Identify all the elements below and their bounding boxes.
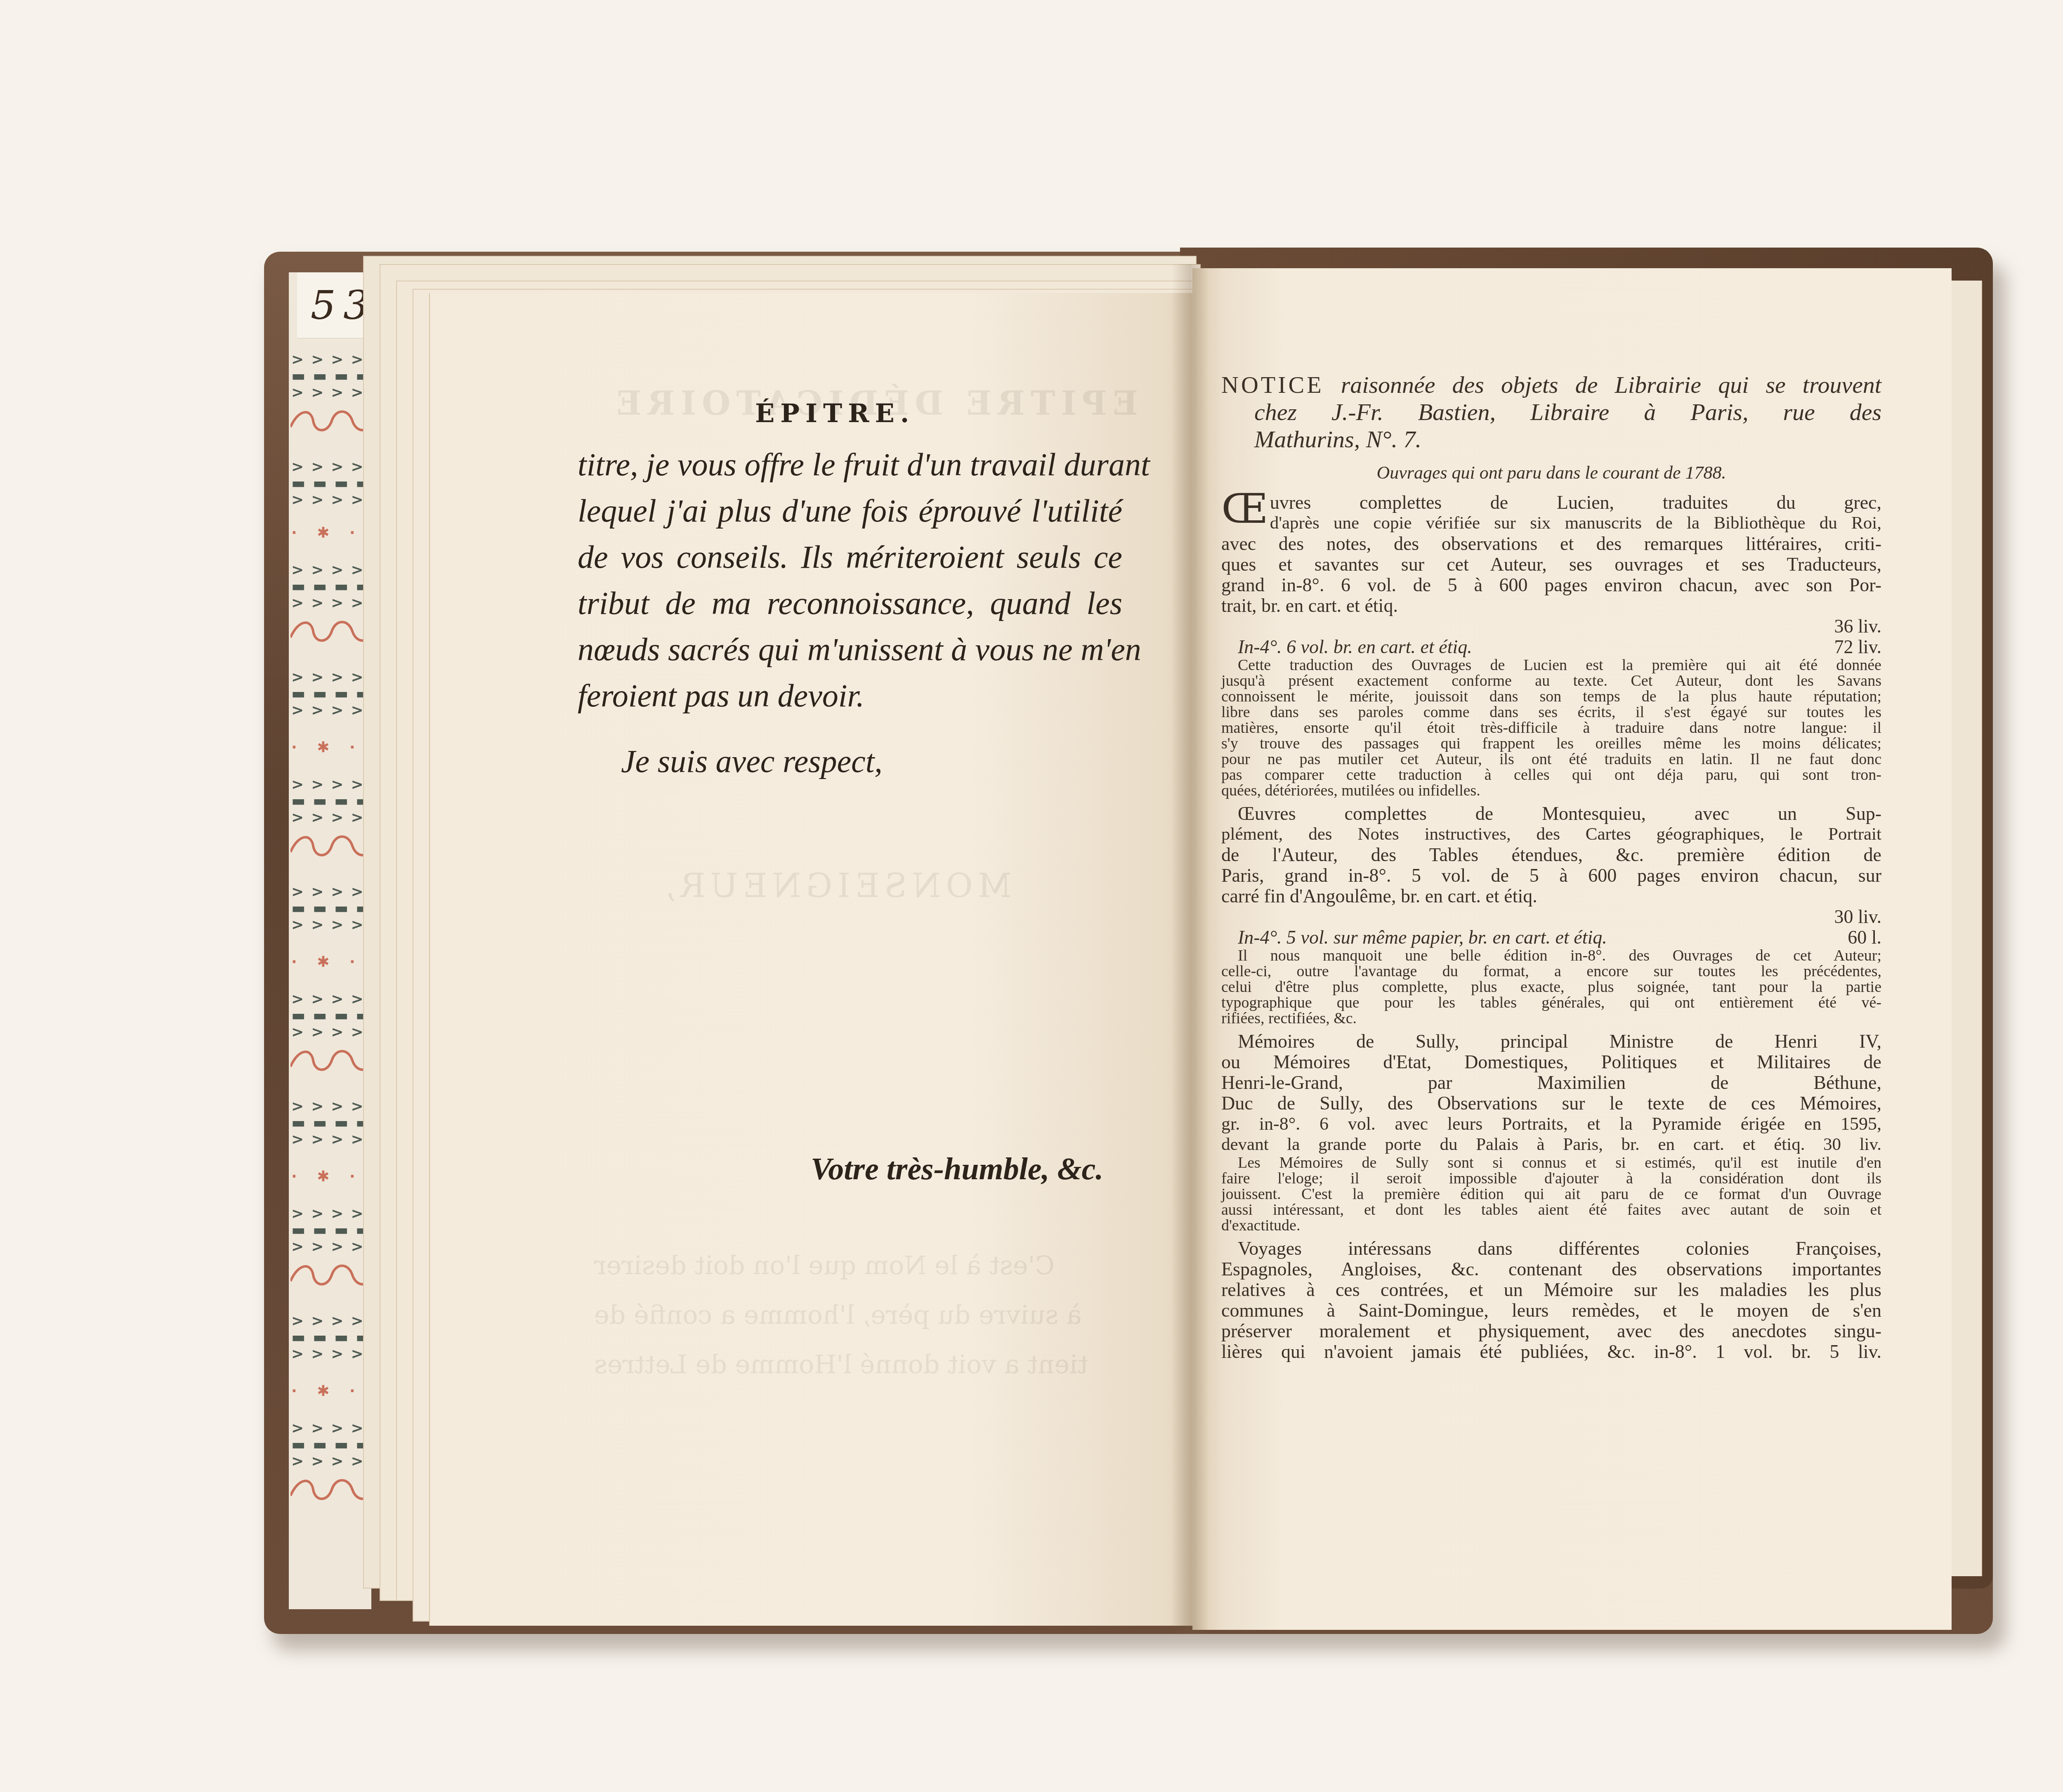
entry-note: Il nous manquoit une belle édition in-8°… <box>1221 948 1881 1026</box>
entry-line: Mémoires de Sully, principal Ministre de… <box>1221 1031 1881 1052</box>
closing-salutation: Je suis avec respect, <box>621 743 883 780</box>
left-page-heading: ÉPITRE. <box>755 398 915 428</box>
entry-line: Henri-le-Grand, par Maximilien de Béthun… <box>1221 1072 1881 1093</box>
entry-line: lières qui n'avoient jamais été publiées… <box>1221 1341 1881 1362</box>
note-line: matières, ensorte qu'il étoit très-diffi… <box>1221 720 1881 736</box>
body-line: nœuds sacrés qui m'unissent à vous ne m'… <box>578 626 1122 673</box>
note-line: Cette traduction des Ouvrages de Lucien … <box>1221 657 1881 673</box>
entry-line: Paris, grand in-8°. 5 vol. de 5 à 600 pa… <box>1221 865 1881 886</box>
note-line: pas comparer cette traduction à celles q… <box>1221 767 1881 783</box>
price-row: In-4°. 5 vol. sur même papier, br. en ca… <box>1221 927 1881 948</box>
notice-line: Mathurins, N°. 7. <box>1221 426 1881 453</box>
right-page-stack-edge <box>1947 281 1982 1576</box>
price-value: 72 liv. <box>1834 637 1881 657</box>
body-line: titre, je vous offre le fruit d'un trava… <box>578 442 1122 488</box>
body-line: feroient pas un devoir. <box>578 673 1122 719</box>
entry-note: Cette traduction des Ouvrages de Lucien … <box>1221 657 1881 798</box>
catalog-entry-montesquieu: Œuvres complettes de Montesquieu, avec u… <box>1221 803 1881 1026</box>
entry-line: gr. in-8°. 6 vol. avec leurs Portraits, … <box>1221 1114 1881 1134</box>
entry-note: Les Mémoires de Sully sont si connus et … <box>1221 1155 1881 1233</box>
catalog-entry-lucien: Œ uvres complettes de Lucien, traduites … <box>1221 492 1881 798</box>
note-line: rifiées, rectifiées, &c. <box>1221 1011 1881 1026</box>
note-line: connoissent le mérite, jouissoit dans so… <box>1221 689 1881 704</box>
bleed-through-text: MONSEIGNEUR, <box>660 866 1012 905</box>
drop-capital: Œ <box>1221 492 1268 525</box>
note-line: jusqu'à présent exactement conforme au t… <box>1221 673 1881 689</box>
entry-line: uvres complettes de Lucien, traduites du… <box>1221 492 1881 513</box>
entry-line: ques et savantes sur cet Auteur, ses ouv… <box>1221 554 1881 575</box>
note-line: faire l'eloge; il seroit impossible d'aj… <box>1221 1171 1881 1186</box>
entry-line: plément, des Notes instructives, des Car… <box>1221 824 1881 845</box>
price-label <box>1221 616 1238 637</box>
price-value: 30 liv. <box>1834 907 1881 927</box>
notice-header: NOTICE raisonnée des objets de Librairie… <box>1221 371 1881 453</box>
entry-line: Voyages intéressans dans différentes col… <box>1221 1238 1881 1259</box>
entry-line: d'après une copie vérifiée sur six manus… <box>1221 513 1881 534</box>
notice-line: chez J.-Fr. Bastien, Libraire à Paris, r… <box>1221 399 1881 426</box>
notice-line: raisonnée des objets de Librairie qui se… <box>1324 371 1881 398</box>
entry-line: Œuvres complettes de Montesquieu, avec u… <box>1221 803 1881 824</box>
catalog-entry-sully: Mémoires de Sully, principal Ministre de… <box>1221 1031 1881 1233</box>
entry-line: grand in-8°. 6 vol. de 5 à 600 pages env… <box>1221 575 1881 595</box>
note-line: jouissent. C'est la première édition qui… <box>1221 1186 1881 1202</box>
body-line: de vos conseils. Ils mériteroient seuls … <box>578 534 1122 580</box>
gutter <box>1172 264 1209 1634</box>
note-line: pour ne pas mutiler cet Auteur, ils ont … <box>1221 751 1881 767</box>
note-line: s'y trouve des passages qui frappent les… <box>1221 736 1881 751</box>
entry-line: carré fin d'Angoulême, br. en cart. et é… <box>1221 886 1881 907</box>
price-label <box>1221 907 1238 927</box>
price-value: 36 liv. <box>1834 616 1881 637</box>
right-page-content: NOTICE raisonnée des objets de Librairie… <box>1221 371 1881 1362</box>
entry-line: ou Mémoires d'Etat, Domestiques, Politiq… <box>1221 1052 1881 1072</box>
price-label: In-4°. 5 vol. sur même papier, br. en ca… <box>1221 927 1607 948</box>
note-line: quées, détériorées, mutilées ou infidell… <box>1221 783 1881 798</box>
entry-line: trait, br. en cart. et étiq. <box>1221 595 1881 616</box>
body-line: tribut de ma reconnoissance, quand les <box>578 580 1122 626</box>
entry-line: de l'Auteur, des Tables étendues, &c. pr… <box>1221 845 1881 865</box>
bleed-through-text: à suivre du père, l'homme a confié de <box>594 1300 1082 1330</box>
signature: Votre très-humble, &c. <box>811 1151 1103 1187</box>
note-line: celle-ci, outre l'avantage du format, a … <box>1221 963 1881 979</box>
entry-line: relatives à ces contrées, et un Mémoire … <box>1221 1280 1881 1300</box>
note-line: typographique que pour les tables généra… <box>1221 995 1881 1011</box>
note-line: d'exactitude. <box>1221 1218 1881 1233</box>
note-line: Il nous manquoit une belle édition in-8°… <box>1221 948 1881 963</box>
section-subheading: Ouvrages qui ont paru dans le courant de… <box>1221 462 1881 483</box>
bleed-through-text: C'est à le Nom que l'on doit desirer <box>594 1250 1055 1280</box>
entry-line: devant la grande porte du Palais à Paris… <box>1221 1134 1881 1155</box>
price-value: 60 l. <box>1848 927 1881 948</box>
left-page-body: titre, je vous offre le fruit d'un trava… <box>578 442 1122 719</box>
entry-line: Espagnoles, Angloises, &c. contenant des… <box>1221 1259 1881 1280</box>
bleed-through-text: tient a voit donné l'Homme de Lettres <box>594 1349 1088 1379</box>
price-row: 36 liv. <box>1221 616 1881 637</box>
price-row: In-4°. 6 vol. br. en cart. et étiq.72 li… <box>1221 637 1881 657</box>
entry-line: Duc de Sully, des Observations sur le te… <box>1221 1093 1881 1114</box>
catalog-entry-voyages: Voyages intéressans dans différentes col… <box>1221 1238 1881 1362</box>
note-line: Les Mémoires de Sully sont si connus et … <box>1221 1155 1881 1171</box>
decorated-pastedown: >>>> ▬▬▬▬ >>>> >>>> ▬▬▬▬ >>>> · ✱ · >>>>… <box>289 272 371 1609</box>
entry-line: avec des notes, des observations et des … <box>1221 534 1881 554</box>
body-line: lequel j'ai plus d'une fois éprouvé l'ut… <box>578 488 1122 534</box>
note-line: libre dans ses paroles comme dans ses éc… <box>1221 704 1881 720</box>
price-label: In-4°. 6 vol. br. en cart. et étiq. <box>1221 637 1472 657</box>
note-line: aussi intéressant, et dont les tables ai… <box>1221 1202 1881 1218</box>
notice-title: NOTICE <box>1221 371 1324 398</box>
note-line: celui d'être plus complette, plus exacte… <box>1221 979 1881 995</box>
entry-line: préserver moralement et physiquement, av… <box>1221 1321 1881 1341</box>
entry-line: communes à Saint-Domingue, leurs remèdes… <box>1221 1300 1881 1321</box>
price-row: 30 liv. <box>1221 907 1881 927</box>
